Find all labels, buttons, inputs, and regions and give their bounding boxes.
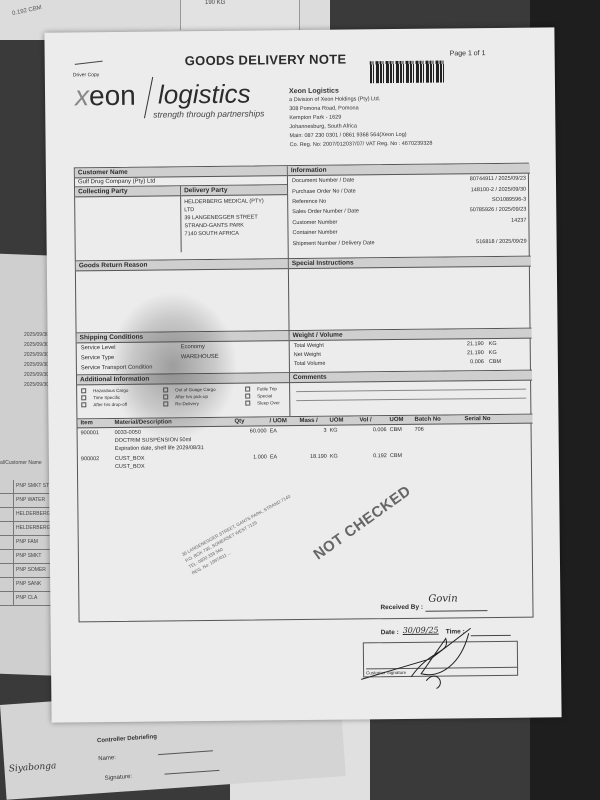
shipping-label: Service Transport Condition [81, 364, 181, 371]
background-cell [0, 550, 14, 563]
column-header: Batch No [414, 416, 464, 423]
weight-value: 0.006 [434, 359, 484, 366]
info-value: 516818 / 2025/09/29 [476, 238, 527, 245]
item-uom: EA [270, 453, 300, 469]
debrief-signature-line [164, 770, 219, 775]
checkbox[interactable] [245, 394, 250, 399]
column-header: Material/Description [114, 419, 234, 426]
item-number: 900002 [81, 455, 115, 471]
info-value: SO1089596-3 [492, 197, 526, 203]
background-cell: PNP WATER [14, 497, 45, 503]
item-volume: 0.192 [360, 452, 390, 468]
item-description: 0033-0050DOCTRIM SUSPENSION 50mlExpirati… [115, 428, 235, 453]
info-label: Container Number [292, 230, 337, 236]
collecting-party: Collecting Party [75, 186, 182, 253]
item-serial [465, 451, 525, 468]
background-cell [0, 564, 14, 577]
received-by-signature: Govin [428, 593, 457, 604]
info-row: Shipment Number / Delivery Date516818 / … [289, 236, 531, 249]
checkbox[interactable] [163, 387, 168, 392]
shipping-label: Service Level [81, 344, 181, 351]
collecting-party-header: Collecting Party [75, 186, 180, 197]
background-cell: PNP SMKT [14, 553, 41, 559]
item-mass-uom: KG [330, 426, 360, 450]
background-cell: PNP CLA [14, 595, 37, 601]
info-label: Document Number / Date [292, 178, 354, 185]
background-cell: HELDERBERG [14, 511, 50, 517]
item-volume: 0.006 [360, 426, 390, 450]
debrief-title: Controller Debriefing [97, 734, 157, 744]
background-cell [0, 508, 14, 521]
background-cell: HELDERBERG [14, 525, 50, 531]
additional-information-section: Additional Information Hazardous CargoOu… [77, 372, 289, 418]
weight-label: Net Weight [294, 350, 434, 357]
checkbox[interactable] [81, 388, 86, 393]
items-table: ItemMaterial/DescriptionQty/ UOMMass /UO… [77, 414, 534, 624]
customer-section: Customer Name Gulf Drug Company (Pty) Lt… [75, 166, 288, 260]
info-label: Sales Order Number / Date [292, 209, 359, 216]
logo-word: logistics [158, 79, 251, 111]
option-label: Hazardous Cargo [93, 387, 163, 393]
background-cell: PNP FAM [14, 539, 38, 545]
debrief-signature-label: Signature: [104, 774, 132, 782]
option-label: After hrs drop-off [93, 401, 163, 407]
background-cell [0, 536, 14, 549]
background-cell: PNP SMKT ST [14, 483, 49, 489]
info-value: 14237 [511, 217, 526, 223]
comment-line [296, 398, 526, 401]
delivery-party: Delivery Party HELDERBERG MEDICAL (PTY)L… [181, 185, 288, 252]
delivery-form: Customer Name Gulf Drug Company (Pty) Lt… [74, 163, 534, 623]
tagline: strength through partnerships [153, 108, 264, 119]
background-cell: PNP SANK [14, 581, 41, 587]
column-header: Serial No [464, 416, 524, 423]
weight-label: Total Weight [294, 341, 434, 348]
comments-header: Comments [290, 371, 532, 384]
info-value: 50785926 / 2025/09/23 [470, 207, 527, 214]
received-by-label: Received By : [380, 604, 423, 611]
information-section: Information Document Number / Date807449… [287, 164, 531, 259]
company-address: Xeon Logistics a Division of Xeon Holdin… [289, 86, 432, 150]
checkbox[interactable] [81, 395, 86, 400]
description-line: Expiration date, shelf life 2029/08/31 [115, 444, 235, 453]
weight-unit: KG [484, 340, 514, 346]
column-header: Item [80, 420, 114, 426]
background-cell [0, 592, 14, 605]
debrief-name-label: Name: [98, 755, 116, 762]
delivery-address-line: 7140 SOUTH AFRICA [184, 229, 284, 238]
shipping-value: Economy [181, 344, 205, 350]
document-title: GOODS DELIVERY NOTE [185, 52, 347, 69]
logo-divider [144, 77, 153, 118]
column-header: / UOM [269, 418, 299, 424]
column-header: Vol / [359, 417, 389, 423]
page-number: Page 1 of 1 [450, 50, 486, 57]
driver-copy-mark [75, 61, 103, 65]
item-number: 900001 [81, 429, 115, 453]
info-label: Customer Number [292, 219, 337, 225]
barcode-icon [370, 60, 445, 83]
info-value: 80744911 / 2025/09/23 [470, 176, 526, 183]
item-qty: 60.000 [235, 427, 270, 451]
background-cell [0, 480, 14, 493]
shipping-conditions-section: Shipping Conditions Service LevelEconomy… [77, 330, 289, 374]
weight-volume-section: Weight / Volume Total Weight21.190KGNet … [289, 328, 532, 373]
checkbox[interactable] [163, 394, 168, 399]
option-label: Out of Guage Cargo [175, 387, 245, 393]
checkbox[interactable] [245, 401, 250, 406]
logo-brand: eon [89, 80, 136, 111]
weight-label: Total Volume [294, 359, 434, 366]
info-label: Purchase Order No / Date [292, 188, 356, 195]
item-volume-uom: CBM [390, 452, 415, 468]
copy-label: Driver Copy [73, 72, 99, 78]
background-cell [0, 578, 14, 591]
item-qty: 1.000 [235, 453, 270, 469]
weight-value: 21.190 [434, 350, 484, 357]
option-label: Time Specific [93, 394, 163, 400]
info-label: Shipment Number / Delivery Date [293, 240, 375, 247]
info-value: 148100-2 / 2025/09/30 [471, 186, 526, 193]
option-label: Re-Delivery [175, 401, 245, 407]
info-label: Reference No [292, 199, 326, 205]
column-header: Qty [234, 418, 269, 424]
comments-section: Comments [289, 370, 532, 417]
checkbox[interactable] [163, 401, 168, 406]
checkbox[interactable] [81, 402, 86, 407]
item-batch: 706 [415, 425, 465, 450]
weight-unit: KG [484, 349, 514, 355]
item-mass: 3 [300, 427, 330, 451]
item-batch [415, 451, 465, 468]
column-header: Mass / [299, 418, 329, 424]
option-label: After hrs pick-up [175, 394, 245, 400]
item-description: CUST_BOXCUST_BOX [115, 454, 235, 471]
item-serial [465, 425, 525, 450]
special-instructions-header: Special Instructions [289, 257, 531, 270]
comment-line [296, 389, 526, 392]
background-cell [0, 522, 14, 535]
special-instructions-section: Special Instructions [288, 256, 532, 331]
company-logo: xeon [75, 80, 136, 113]
item-volume-uom: CBM [390, 426, 415, 450]
weight-unit: CBM [484, 358, 514, 364]
background-left-header: al/Customer Name [0, 460, 42, 466]
weight-value: 21.190 [434, 341, 484, 348]
background-cell: PNP SOMER [14, 567, 46, 573]
goods-return-section: Goods Return Reason [76, 258, 289, 332]
item-uom: EA [270, 427, 300, 451]
debrief-name-line [158, 750, 213, 755]
column-header: UOM [329, 417, 359, 423]
goods-delivery-note: Driver Copy GOODS DELIVERY NOTE Page 1 o… [44, 27, 561, 722]
checkbox[interactable] [245, 387, 250, 392]
column-header: UOM [389, 417, 414, 423]
debrief-handwriting: Siyabonga [8, 761, 56, 774]
weight-row: Total Volume0.006CBM [290, 357, 532, 369]
signature-scribble [351, 618, 492, 689]
item-mass: 18.190 [300, 453, 330, 469]
table-row: 900002CUST_BOXCUST_BOX1.000EA18.190KG0.1… [78, 450, 533, 473]
company-address-line: Co. Reg. No: 2007/012037/07/ VAT Reg. No… [290, 140, 433, 150]
background-paper-top-2 [180, 0, 300, 30]
item-mass-uom: KG [330, 452, 360, 468]
background-snippet-2: 190 KG [205, 0, 225, 6]
shipping-value: WAREHOUSE [181, 354, 219, 360]
background-cell [0, 494, 14, 507]
shipping-label: Service Type [81, 354, 181, 361]
goods-return-header: Goods Return Reason [76, 259, 288, 271]
description-line: CUST_BOX [115, 462, 235, 471]
